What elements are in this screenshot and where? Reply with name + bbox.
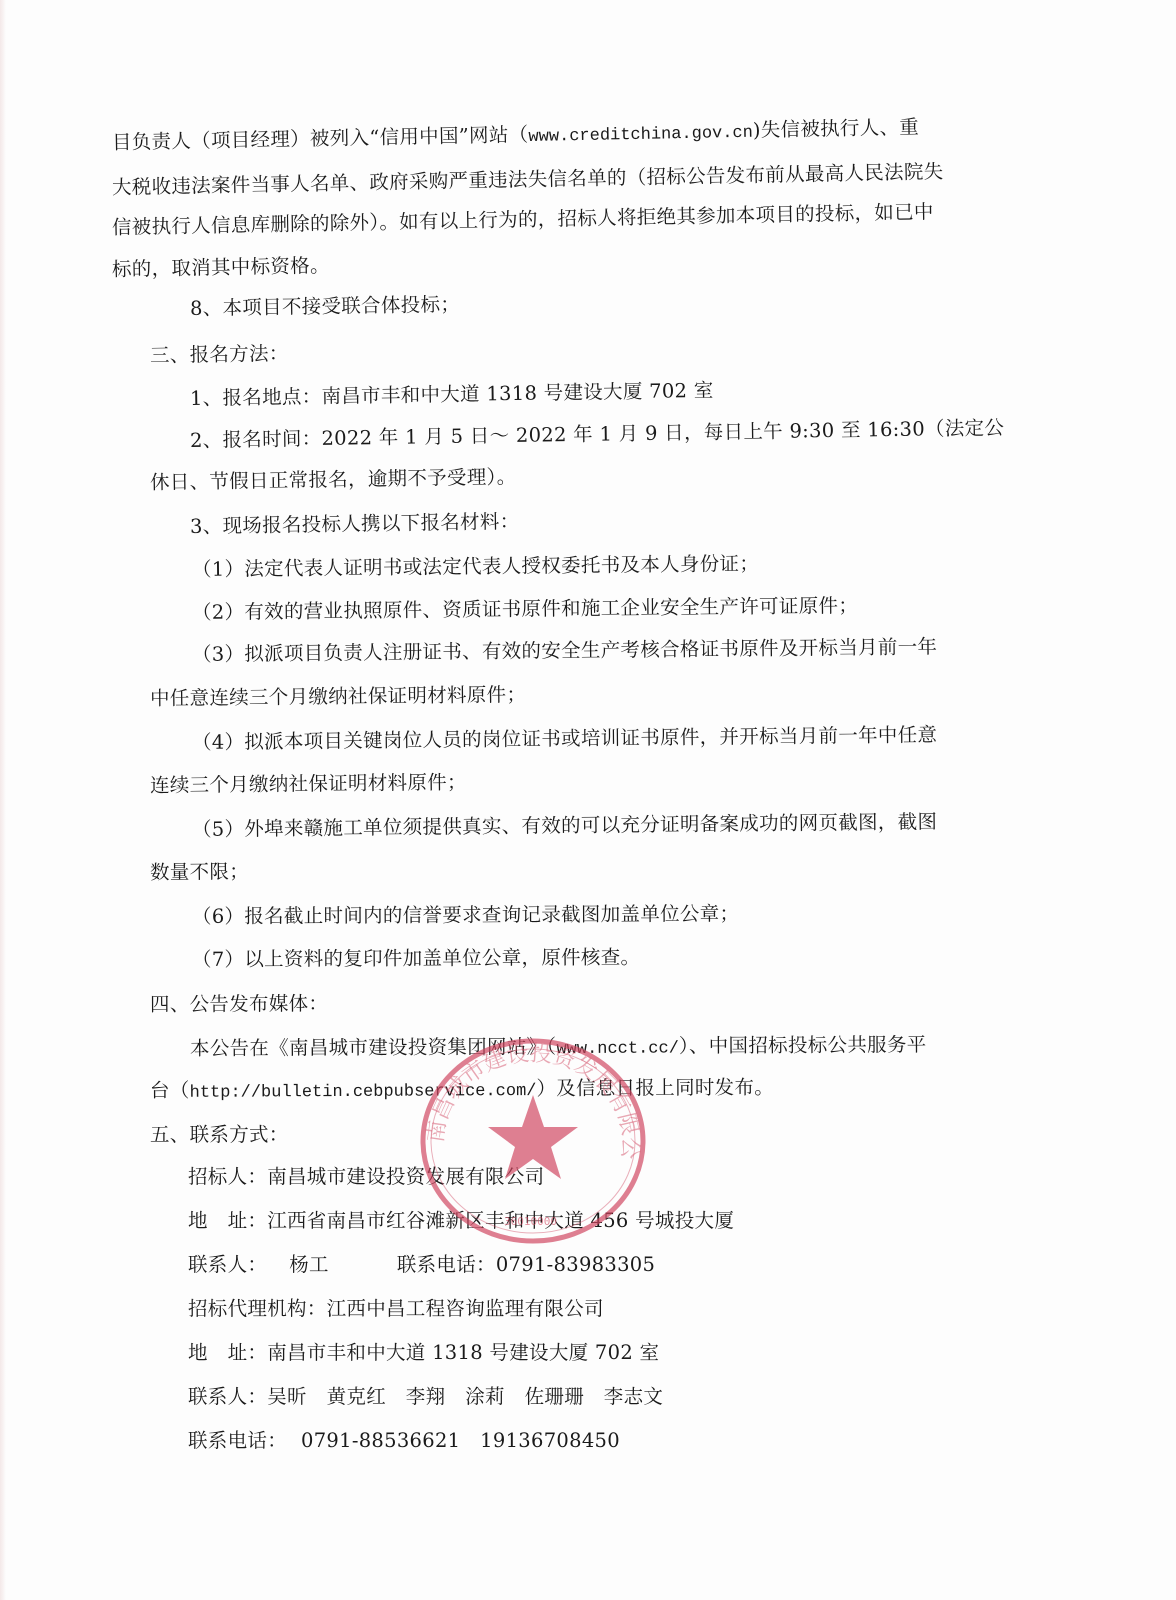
label: 联系电话： — [188, 1429, 287, 1452]
section-heading-5: 五、联系方式： — [150, 1122, 289, 1148]
agency-phone-row: 联系电话：0791-88536621 19136708450 — [188, 1428, 620, 1454]
label: 地 址： — [188, 1341, 267, 1364]
agency-row: 招标代理机构：江西中昌工程咨询监理有限公司 — [188, 1296, 604, 1322]
item-8: 8、本项目不接受联合体投标； — [190, 292, 460, 322]
cebpubservice-url: http://bulletin.cebpubservice.com/ — [190, 1082, 537, 1103]
tenderer-address: 江西省南昌市红谷滩新区丰和中大道 456 号城投大厦 — [267, 1209, 734, 1232]
material-item-3-cont: 中任意连续三个月缴纳社保证明材料原件； — [150, 682, 526, 712]
material-item-6: （6）报名截止时间内的信誉要求查询记录截图加盖单位公章； — [192, 901, 739, 930]
material-item-3: （3）拟派项目负责人注册证书、有效的安全生产考核合格证书原件及开标当月前一年 — [192, 634, 938, 668]
publication-media-line1: 本公告在《南昌城市建设投资集团网站》（www.ncct.cc/）、中国招标投标公… — [190, 1032, 927, 1065]
agency-name: 江西中昌工程咨询监理有限公司 — [327, 1297, 604, 1320]
label: 招标人： — [188, 1165, 267, 1188]
material-item-7: （7）以上资料的复印件加盖单位公章，原件核查。 — [192, 945, 640, 973]
material-item-4: （4）拟派本项目关键岗位人员的岗位证书或培训证书原件，并开标当月前一年中任意 — [192, 722, 938, 756]
text: )失信被执行人、重 — [753, 116, 920, 142]
tenderer-contact-row: 联系人：杨工联系电话：0791-83983305 — [188, 1252, 655, 1278]
material-item-4-cont: 连续三个月缴纳社保证明材料原件； — [150, 770, 467, 799]
tenderer-contact: 杨工 — [289, 1253, 329, 1276]
text: 目负责人（项目经理）被列入“信用中国”网站（ — [112, 123, 529, 154]
section-heading-3: 三、报名方法： — [150, 341, 289, 369]
document-page: 目负责人（项目经理）被列入“信用中国”网站（www.creditchina.go… — [0, 0, 1176, 1600]
publication-media-line2: 台（http://bulletin.cebpubservice.com/）及信息… — [150, 1075, 774, 1107]
agency-address: 南昌市丰和中大道 1318 号建设大厦 702 室 — [267, 1341, 659, 1364]
material-item-1: （1）法定代表人证明书或法定代表人授权委托书及本人身份证； — [192, 551, 759, 583]
creditchina-url: www.creditchina.gov.cn — [528, 124, 753, 147]
registration-location: 1、报名地点：南昌市丰和中大道 1318 号建设大厦 702 室 — [190, 378, 714, 412]
registration-time-cont: 休日、节假日正常报名，逾期不予受理）。 — [150, 464, 517, 496]
label: 联系人： — [188, 1253, 267, 1276]
tenderer-name: 南昌城市建设投资发展有限公司 — [267, 1165, 544, 1188]
agency-contacts: 吴昕 黄克红 李翔 涂莉 佐珊珊 李志文 — [267, 1385, 663, 1408]
label: 地 址： — [188, 1209, 267, 1232]
text: 台（ — [150, 1079, 190, 1102]
material-item-5-cont: 数量不限； — [150, 859, 249, 886]
text: ）、中国招标投标公共服务平 — [679, 1033, 927, 1057]
material-item-5: （5）外埠来赣施工单位须提供真实、有效的可以充分证明备案成功的网页截图，截图 — [192, 809, 938, 843]
text: ）及信息日报上同时发布。 — [536, 1076, 774, 1100]
scan-edge — [0, 0, 6, 1600]
text: 本公告在《南昌城市建设投资集团网站》（ — [190, 1035, 557, 1060]
agency-address-row: 地 址：南昌市丰和中大道 1318 号建设大厦 702 室 — [188, 1340, 659, 1366]
agency-phones: 0791-88536621 19136708450 — [301, 1429, 620, 1452]
tenderer-row: 招标人：南昌城市建设投资发展有限公司 — [188, 1164, 544, 1190]
tenderer-phone: 0791-83983305 — [496, 1253, 655, 1276]
paragraph-line: 标的，取消其中标资格。 — [112, 253, 330, 283]
paragraph-line: 大税收违法案件当事人名单、政府采购严重违法失信名单的（招标公告发布前从最高人民法… — [112, 159, 944, 201]
label: 招标代理机构： — [188, 1297, 327, 1320]
agency-contacts-row: 联系人：吴昕 黄克红 李翔 涂莉 佐珊珊 李志文 — [188, 1384, 663, 1410]
materials-intro: 3、现场报名投标人携以下报名材料： — [190, 509, 520, 540]
paragraph-line: 信被执行人信息库删除的除外）。如有以上行为的，招标人将拒绝其参加本项目的投标，如… — [112, 199, 934, 241]
section-heading-4: 四、公告发布媒体： — [150, 991, 328, 1018]
tenderer-address-row: 地 址：江西省南昌市红谷滩新区丰和中大道 456 号城投大厦 — [188, 1208, 734, 1234]
paragraph-line: 目负责人（项目经理）被列入“信用中国”网站（www.creditchina.go… — [112, 115, 920, 159]
ncct-url: www.ncct.cc/ — [556, 1039, 679, 1059]
registration-time: 2、报名时间：2022 年 1 月 5 日～ 2022 年 1 月 9 日，每日… — [190, 415, 1005, 454]
label: 联系电话： — [397, 1253, 496, 1276]
material-item-2: （2）有效的营业执照原件、资质证书原件和施工企业安全生产许可证原件； — [192, 593, 858, 626]
label: 联系人： — [188, 1385, 267, 1408]
